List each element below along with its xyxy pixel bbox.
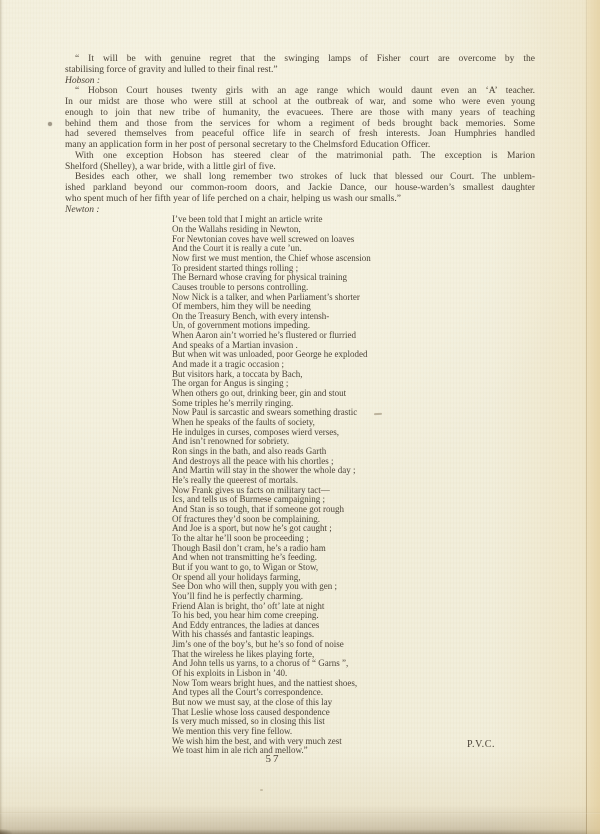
text-line: ished parkland beyond our common-room do… [65,183,535,194]
author-initials: P.V.C. [467,739,495,750]
hobson-paragraph-2: With one exception Hobson has steered cl… [65,151,535,173]
text-line: stabilising force of gravity and lulled … [65,65,535,76]
hobson-paragraph-1: “ Hobson Court houses twenty girls with … [65,86,535,151]
hobson-paragraph-3: Besides each other, we shall long rememb… [65,172,535,204]
hobson-heading: Hobson : [65,76,535,87]
text-line: “ It will be with genuine regret that th… [65,54,535,65]
ink-speck [48,122,52,126]
page-left-edge-shadow [0,0,3,834]
newton-poem: I’ve been told that I might an article w… [172,215,535,756]
intro-quote: “ It will be with genuine regret that th… [65,54,535,76]
text-line: “ Hobson Court houses twenty girls with … [65,86,535,97]
text-line: With one exception Hobson has steered cl… [65,151,535,162]
text-line: enough to join that new tribe of humanit… [65,108,535,119]
page-corner-shadow [0,829,12,834]
text-line: who spent much of her fifth year of life… [65,194,535,205]
ink-speck-small [260,789,263,791]
text-line: In our midst are those who were still at… [65,97,535,108]
text-column: “ It will be with genuine regret that th… [65,54,535,756]
page-number: 57 [253,753,293,765]
text-line: Shelford (Shelley), a war bride, with a … [65,162,535,173]
page-right-edge-strip [587,0,600,834]
text-line: behind them and those from the services … [65,119,535,130]
text-line: had severed themselves from peaceful off… [65,129,535,140]
pen-mark [374,413,382,415]
text-line: Besides each other, we shall long rememb… [65,172,535,183]
text-line: many an application form in her post of … [65,140,535,151]
scanned-page: “ It will be with genuine regret that th… [0,0,600,834]
page-bottom-crease [0,812,600,814]
